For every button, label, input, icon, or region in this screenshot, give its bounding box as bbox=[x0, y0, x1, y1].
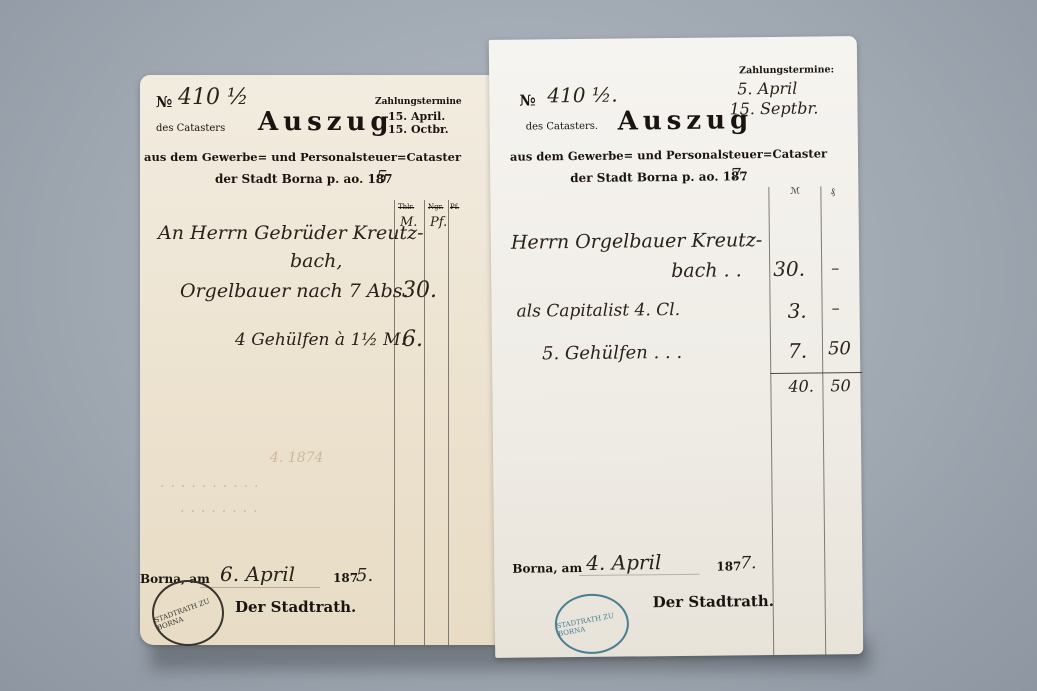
entry-line: bach, bbox=[290, 250, 342, 272]
year-suffix: 7. bbox=[730, 165, 746, 185]
signature: Der Stadtrath. bbox=[653, 592, 774, 611]
column-header-pf: Pf. bbox=[450, 203, 459, 211]
date-year: 187 bbox=[716, 559, 741, 573]
column-header-pf-hand: Pf. bbox=[430, 215, 447, 230]
entry-marks: 3. bbox=[788, 299, 807, 323]
payment-terms-label: Zahlungstermine: bbox=[739, 64, 834, 76]
number-value: 410 ½ bbox=[178, 85, 248, 110]
entry-marks: 7. bbox=[788, 339, 807, 363]
number-label: № bbox=[156, 93, 172, 111]
number-label: № bbox=[519, 91, 536, 109]
catasters-label: des Catasters bbox=[156, 123, 225, 134]
total-marks: 40. bbox=[788, 377, 814, 396]
subtitle-line-2: der Stadt Borna p. ao. 187 bbox=[570, 169, 748, 185]
payment-term-2: 15. Octbr. bbox=[388, 123, 449, 136]
entry-line: Herrn Orgelbauer Kreutz- bbox=[511, 229, 763, 254]
left-page: № 410 ½ des Catasters Auszug Zahlungster… bbox=[140, 75, 495, 645]
column-divider bbox=[394, 200, 395, 645]
column-divider bbox=[448, 200, 449, 645]
payment-term-1: 15. April. bbox=[388, 110, 445, 123]
column-header-thlr: Thlr. bbox=[398, 203, 414, 211]
entry-line: An Herrn Gebrüder Kreutz- bbox=[158, 222, 424, 244]
column-header-pfennig: ₰ bbox=[830, 186, 835, 197]
stamp-text: STADTRATH ZU BORNA bbox=[556, 610, 628, 639]
total-pfennig: 50 bbox=[830, 376, 851, 395]
column-header-ngr: Ngr. bbox=[428, 203, 443, 211]
catasters-label: des Catasters. bbox=[526, 121, 599, 133]
faded-bleed-text: 4. 1874 bbox=[270, 450, 323, 466]
right-page: № 410 ½. des Catasters. Auszug Zahlungst… bbox=[489, 36, 863, 658]
entry-line: 4 Gehülfen à 1½ M. bbox=[235, 330, 406, 350]
subtitle-line-1: aus dem Gewerbe= und Personalsteuer=Cata… bbox=[510, 146, 827, 163]
date-year: 187 bbox=[333, 571, 358, 585]
date-handwritten: 4. April bbox=[586, 550, 661, 575]
subtitle-line-1: aus dem Gewerbe= und Personalsteuer=Cata… bbox=[144, 150, 461, 164]
entry-amount: 30. bbox=[402, 278, 437, 303]
column-header-mark: ℳ bbox=[790, 187, 800, 197]
subtitle-line-2: der Stadt Borna p. ao. 187 bbox=[215, 172, 393, 186]
number-value: 410 ½. bbox=[547, 83, 618, 108]
entry-line: als Capitalist 4. Cl. bbox=[517, 300, 681, 322]
date-underline bbox=[200, 587, 320, 588]
entry-pfennig: – bbox=[831, 298, 839, 317]
payment-term-1: 5. April bbox=[737, 79, 797, 99]
column-divider bbox=[820, 186, 826, 654]
entry-line: 5. Gehülfen . . . bbox=[542, 342, 682, 364]
date-year-suffix: 5. bbox=[356, 565, 373, 586]
entry-marks: 30. bbox=[773, 257, 805, 281]
total-line bbox=[770, 372, 862, 374]
stamp-text: STADTRATH ZU BORNA bbox=[153, 594, 222, 632]
date-underline bbox=[579, 574, 699, 576]
entry-amount: 6. bbox=[402, 327, 423, 352]
column-divider bbox=[424, 200, 425, 645]
faded-bleed-text: .......... bbox=[160, 475, 265, 491]
faded-bleed-text: ........ bbox=[180, 500, 264, 516]
place-date-label: Borna, am bbox=[512, 561, 582, 576]
year-suffix: 5 bbox=[376, 167, 387, 188]
payment-terms-label: Zahlungstermine bbox=[375, 97, 462, 107]
date-handwritten: 6. April bbox=[220, 562, 295, 586]
city-council-stamp: STADTRATH ZU BORNA bbox=[555, 594, 630, 655]
payment-term-2: 15. Septbr. bbox=[729, 98, 818, 118]
entry-pfennig: – bbox=[831, 258, 839, 277]
date-year-suffix: 7. bbox=[740, 553, 756, 573]
entry-line: bach . . bbox=[671, 259, 742, 282]
entry-pfennig: 50 bbox=[828, 338, 851, 359]
signature: Der Stadtrath. bbox=[235, 598, 356, 616]
document-title: Auszug bbox=[258, 107, 394, 137]
entry-line: Orgelbauer nach 7 Abs. bbox=[180, 280, 409, 302]
city-council-stamp: STADTRATH ZU BORNA bbox=[152, 580, 224, 646]
